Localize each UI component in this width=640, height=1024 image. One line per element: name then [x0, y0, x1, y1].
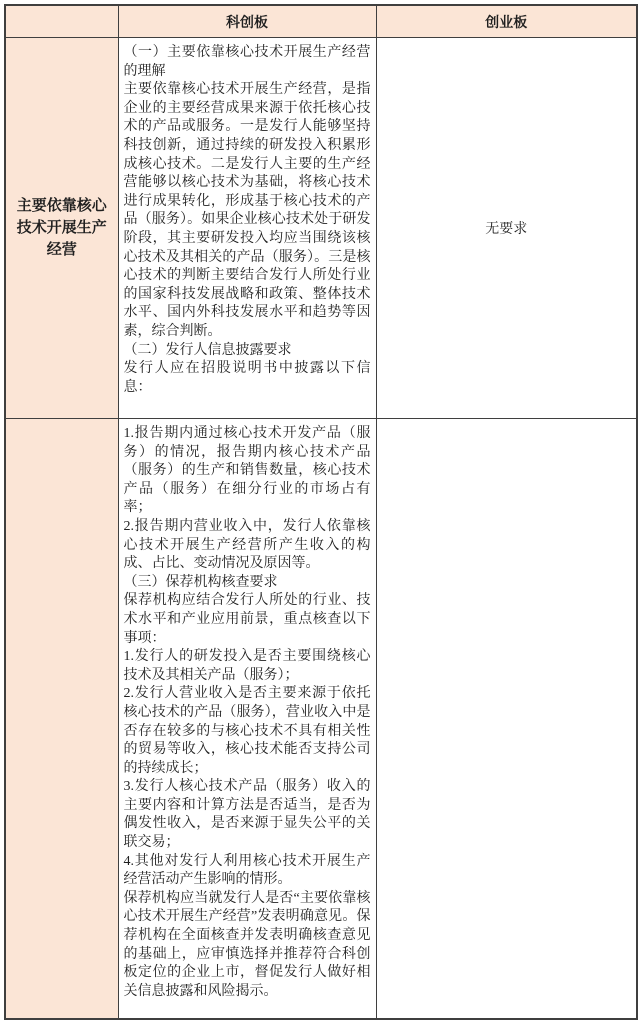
paragraph: 保荐机构应结合发行人所处的行业、技术水平和产业应用前景，重点核查以下事项： — [124, 592, 371, 648]
header-chuangyeban: 创业板 — [376, 5, 637, 38]
paragraph: 2.报告期内营业收入中，发行人依靠核心技术开展生产经营所产生收入的构成、占比、变… — [124, 518, 371, 574]
row-label-core-technology: 主要依靠核心技术开展生产经营 — [5, 38, 118, 419]
header-blank-cell — [5, 5, 118, 38]
paragraph: 2.发行人营业收入是否主要来源于依托核心技术的产品（服务），营业收入中是否存在较… — [124, 685, 371, 778]
chuangyeban-content-row1: 无要求 — [376, 38, 637, 419]
row-label-empty — [5, 419, 118, 1020]
paragraph: 主要依靠核心技术开展生产经营，是指企业的主要经营成果来源于依托核心技术的产品或服… — [124, 81, 371, 341]
kechuangban-content-row2: 1.报告期内通过核心技术开发产品（服务）的情况，报告期内核心技术产品（服务）的生… — [118, 419, 376, 1020]
paragraph: 4.其他对发行人利用核心技术开展生产经营活动产生影响的情形。 — [124, 853, 371, 890]
comparison-table: 科创板 创业板 主要依靠核心技术开展生产经营 （一）主要依靠核心技术开展生产经营… — [4, 4, 638, 1020]
kechuangban-content-row1: （一）主要依靠核心技术开展生产经营的理解 主要依靠核心技术开展生产经营，是指企业… — [118, 38, 376, 419]
header-kechuangban: 科创板 — [118, 5, 376, 38]
table-row: 主要依靠核心技术开展生产经营 （一）主要依靠核心技术开展生产经营的理解 主要依靠… — [5, 38, 637, 419]
table-header-row: 科创板 创业板 — [5, 5, 637, 38]
paragraph: 发行人应在招股说明书中披露以下信息： — [124, 360, 371, 397]
paragraph: 1.发行人的研发投入是否主要围绕核心技术及其相关产品（服务）； — [124, 648, 371, 685]
paragraph: 保荐机构应当就发行人是否“主要依靠核心技术开展生产经营”发表明确意见。保荐机构在… — [124, 890, 371, 1002]
paragraph: （二）发行人信息披露要求 — [124, 342, 371, 361]
paragraph: 1.报告期内通过核心技术开发产品（服务）的情况，报告期内核心技术产品（服务）的生… — [124, 425, 371, 518]
chuangyeban-content-row2 — [376, 419, 637, 1020]
table-row: 1.报告期内通过核心技术开发产品（服务）的情况，报告期内核心技术产品（服务）的生… — [5, 419, 637, 1020]
paragraph: （一）主要依靠核心技术开展生产经营的理解 — [124, 44, 371, 81]
paragraph: （三）保荐机构核查要求 — [124, 574, 371, 593]
paragraph: 3.发行人核心技术产品（服务）收入的主要内容和计算方法是否适当，是否为偶发性收入… — [124, 778, 371, 852]
